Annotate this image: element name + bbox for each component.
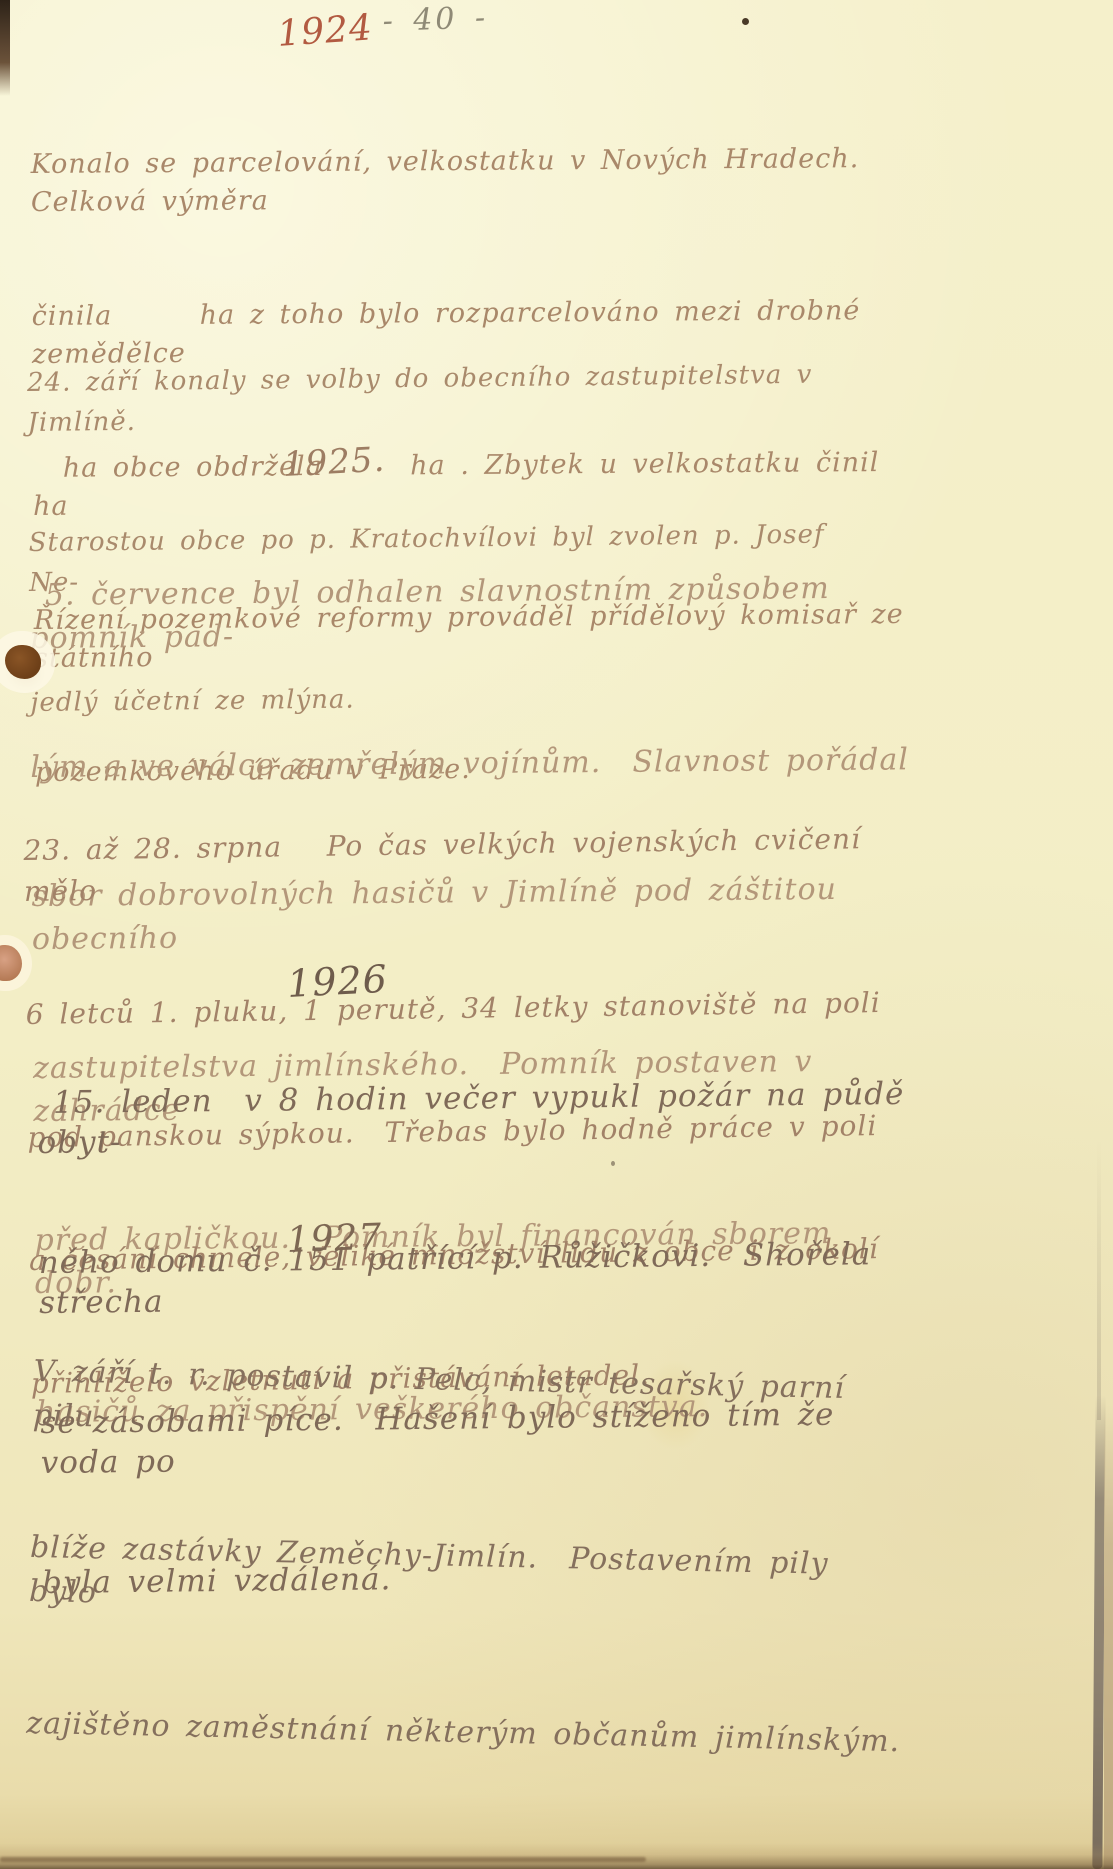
page-edge-bottom-shadow [0,1857,646,1862]
handwritten-line: zajištěno zaměstnání některým občanům ji… [26,1702,907,1764]
ink-speck [742,18,749,25]
wax-seal-blot [5,645,41,679]
year-heading-1924: 1924 [276,7,374,55]
page-edge-bottom [0,1843,1113,1869]
handwritten-line: V září t. r. postavil p. Pelc, mistr tes… [32,1350,914,1456]
handwritten-line: 5. července byl odhalen slavnostním způs… [29,566,920,660]
year-heading-1925: 1925. [282,440,386,485]
handwritten-line: blíže zastávky Zeměchy-Jimlín. Postavení… [29,1526,911,1632]
next-page-edge [1104,1405,1113,1869]
chronicle-page-scan: - 40 - 1924 Konalo se parcelování, velko… [0,0,1113,1869]
page-number: - 40 - [382,0,489,39]
handwritten-line: Konalo se parcelování, velkostatku v Nov… [31,140,912,222]
year-heading-1927: 1927 [286,1217,383,1261]
handwritten-line: 15. leden v 8 hodin večer vypukl požár n… [37,1074,918,1163]
page-edge-right-faint [1097,1140,1101,1420]
paragraph-1927-pila: V září t. r. postavil p. Pelc, mistr tes… [24,1262,916,1852]
ink-blot [0,945,22,981]
binding-mark-top-left [0,0,10,96]
handwritten-line: 23. až 28. srpna Po čas velkých vojenský… [23,818,904,912]
handwritten-line: 24. září konaly se volby do obecního zas… [27,354,848,443]
